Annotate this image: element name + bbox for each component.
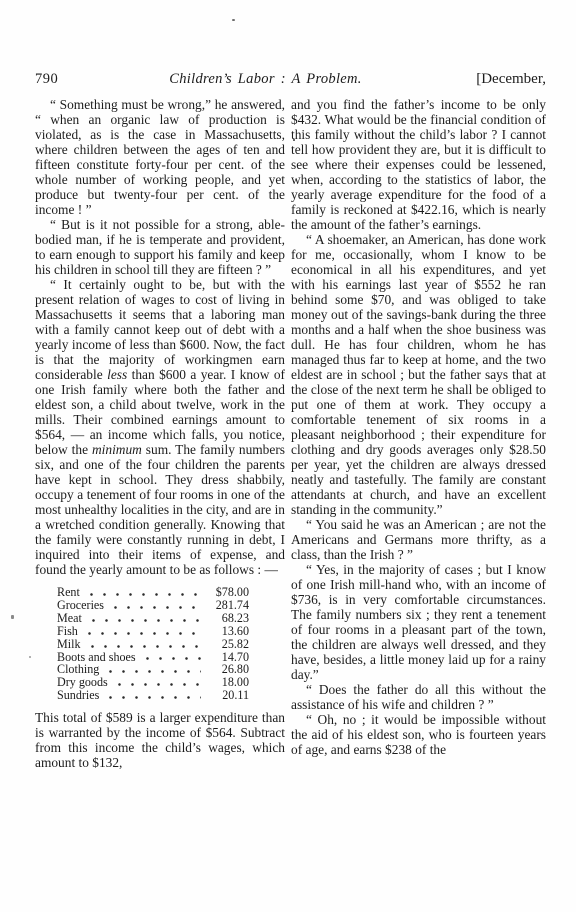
page-number: 790 (35, 71, 105, 88)
dot-leader (114, 606, 201, 609)
dot-leader (88, 632, 201, 635)
issue-date: [December, (426, 71, 546, 88)
paragraph: This total of $589 is a larger expenditu… (35, 710, 285, 770)
expense-amount: 281.74 (205, 599, 249, 612)
paragraph: “ But is it not possible for a strong, a… (35, 217, 285, 277)
paragraph: “ A shoemaker, an American, has done wor… (291, 232, 546, 517)
table-row: Milk 25.82 (57, 638, 249, 651)
running-title: Children’s Labor : A Problem. (105, 71, 426, 88)
table-row: Fish 13.60 (57, 625, 249, 638)
expense-amount: 20.11 (205, 689, 249, 702)
table-row: Meat 68.23 (57, 612, 249, 625)
left-column: “ Something must be wrong,” he answered,… (35, 97, 285, 770)
dot-leader (118, 683, 201, 686)
scan-speck (232, 19, 235, 21)
expense-label: Rent (57, 586, 80, 599)
paragraph: and you find the father’s income to be o… (291, 97, 546, 232)
expense-label: Groceries (57, 599, 104, 612)
table-row: Groceries 281.74 (57, 599, 249, 612)
book-page: 790 Children’s Labor : A Problem. [Decem… (0, 0, 576, 912)
expense-amount: 25.82 (205, 638, 249, 651)
dot-leader (90, 593, 201, 596)
paragraph: “ Something must be wrong,” he answered,… (35, 97, 285, 217)
dot-leader (109, 670, 201, 673)
expense-amount: 13.60 (205, 625, 249, 638)
expense-label: Fish (57, 625, 78, 638)
paragraph: “ Does the father do all this without th… (291, 682, 546, 712)
expense-label: Sundries (57, 689, 99, 702)
running-head: 790 Children’s Labor : A Problem. [Decem… (35, 71, 546, 88)
expense-table: Rent $78.00 Groceries 281.74 Meat 68.23 … (35, 586, 285, 702)
dot-leader (146, 657, 201, 660)
dot-leader (92, 619, 201, 622)
paragraph: “ It certainly ought to be, but with the… (35, 277, 285, 577)
scan-speck (293, 139, 295, 141)
dot-leader (91, 645, 201, 648)
expense-amount: $78.00 (205, 586, 249, 599)
paragraph: “ You said he was an American ; are not … (291, 517, 546, 562)
expense-label: Meat (57, 612, 82, 625)
dot-leader (109, 696, 201, 699)
table-row: Sundries 20.11 (57, 689, 249, 702)
scan-speck (29, 656, 31, 658)
paragraph: “ Yes, in the majority of cases ; but I … (291, 562, 546, 682)
scan-speck (11, 615, 14, 619)
expense-amount: 68.23 (205, 612, 249, 625)
table-row: Rent $78.00 (57, 586, 249, 599)
paragraph: “ Oh, no ; it would be impossible withou… (291, 712, 546, 757)
expense-label: Milk (57, 638, 81, 651)
right-column: and you find the father’s income to be o… (291, 97, 546, 757)
